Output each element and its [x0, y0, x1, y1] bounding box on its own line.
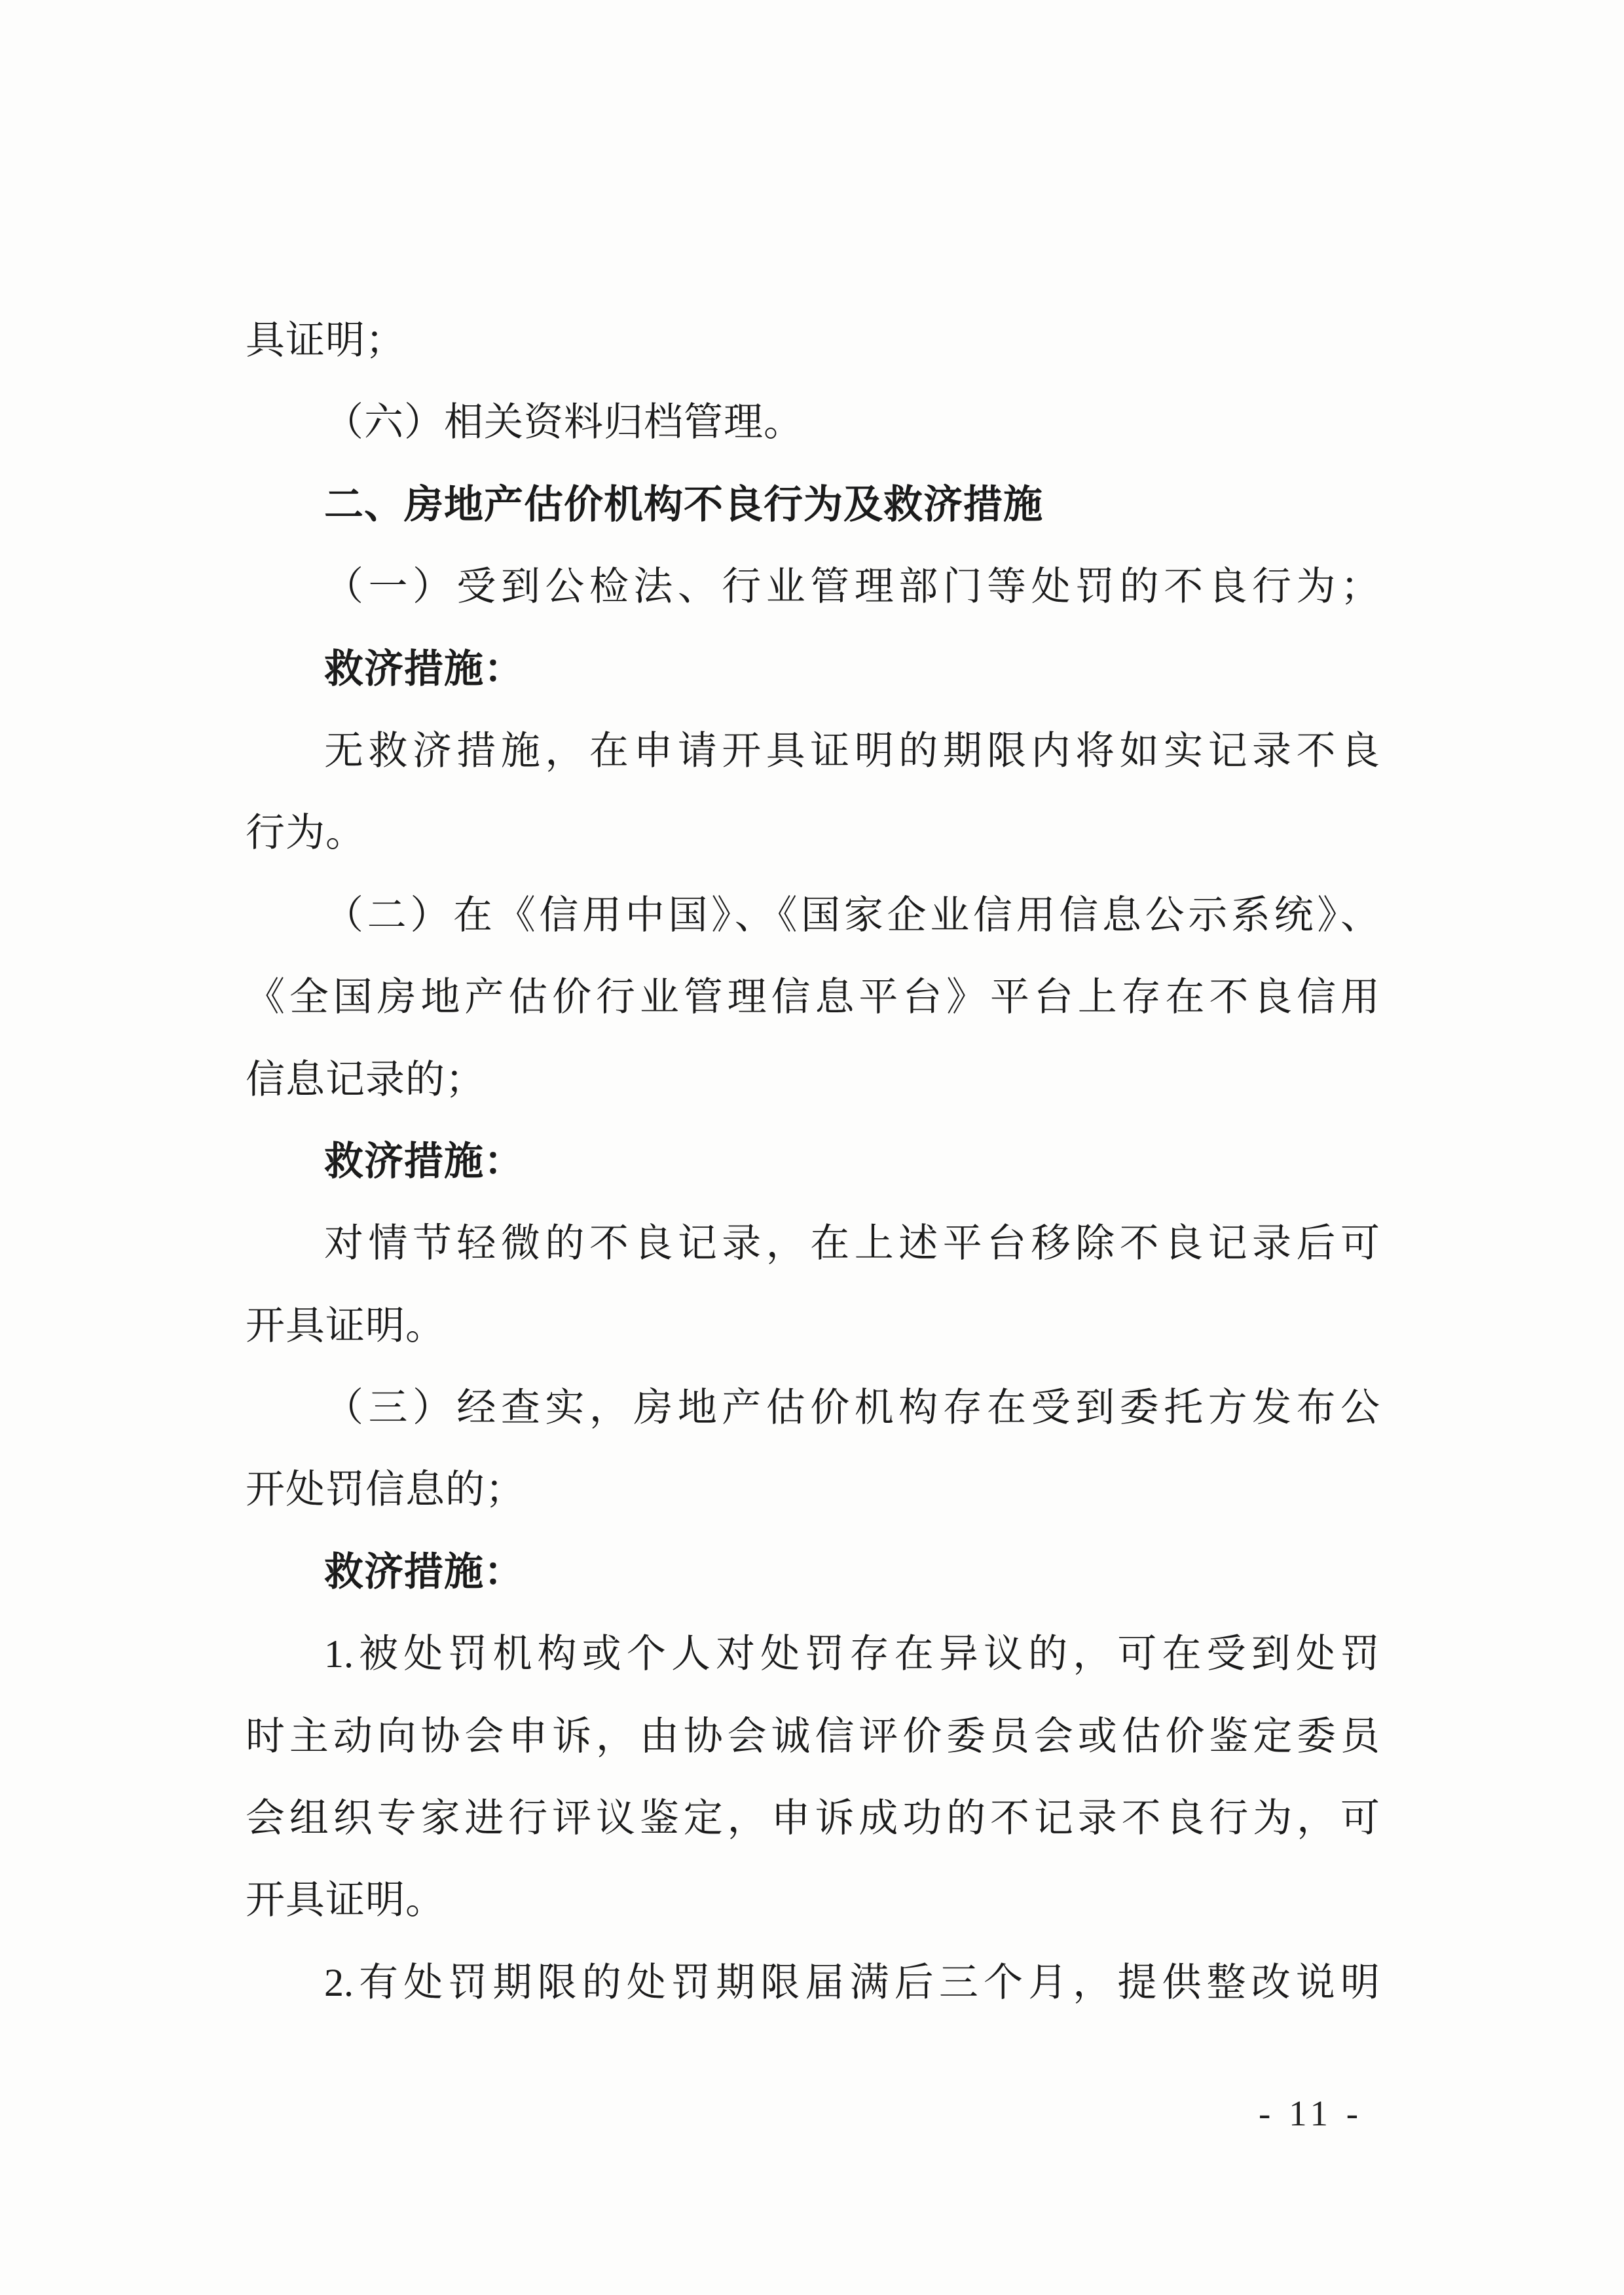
- document-line: 会组织专家进行评议鉴定，申诉成功的不记录不良行为，可: [246, 1778, 1380, 1860]
- page-number: - 11 -: [1259, 2093, 1363, 2134]
- document-line: 开处罚信息的；: [246, 1449, 1380, 1531]
- document-line: 二、房地产估价机构不良行为及救济措施: [246, 464, 1380, 546]
- document-line: 救济措施：: [246, 1121, 1380, 1203]
- document-line: 开具证明。: [246, 1285, 1380, 1367]
- document-line: （二）在《信用中国》、《国家企业信用信息公示系统》、: [246, 875, 1380, 957]
- document-line: 开具证明。: [246, 1860, 1380, 1941]
- document-line: 救济措施：: [246, 629, 1380, 710]
- document-line: 时主动向协会申诉，由协会诚信评价委员会或估价鉴定委员: [246, 1696, 1380, 1778]
- document-line: （一）受到公检法、行业管理部门等处罚的不良行为；: [246, 546, 1380, 628]
- document-line: 行为。: [246, 792, 1380, 874]
- document-line: 无救济措施，在申请开具证明的期限内将如实记录不良: [246, 710, 1380, 792]
- document-line: （六）相关资料归档管理。: [246, 382, 1380, 464]
- document-line: 对情节轻微的不良记录，在上述平台移除不良记录后可: [246, 1203, 1380, 1285]
- document-line: 2.有处罚期限的处罚期限届满后三个月，提供整改说明: [246, 1942, 1380, 2024]
- document-line: 信息记录的；: [246, 1039, 1380, 1121]
- document-line: 《全国房地产估价行业管理信息平台》平台上存在不良信用: [246, 957, 1380, 1038]
- document-line: 具证明；: [246, 300, 1380, 382]
- document-line: （三）经查实，房地产估价机构存在受到委托方发布公: [246, 1367, 1380, 1449]
- document-line: 1.被处罚机构或个人对处罚存在异议的，可在受到处罚: [246, 1613, 1380, 1695]
- document-body: 具证明；（六）相关资料归档管理。二、房地产估价机构不良行为及救济措施（一）受到公…: [246, 300, 1380, 2024]
- document-page: 具证明；（六）相关资料归档管理。二、房地产估价机构不良行为及救济措施（一）受到公…: [0, 0, 1624, 2295]
- document-line: 救济措施：: [246, 1532, 1380, 1613]
